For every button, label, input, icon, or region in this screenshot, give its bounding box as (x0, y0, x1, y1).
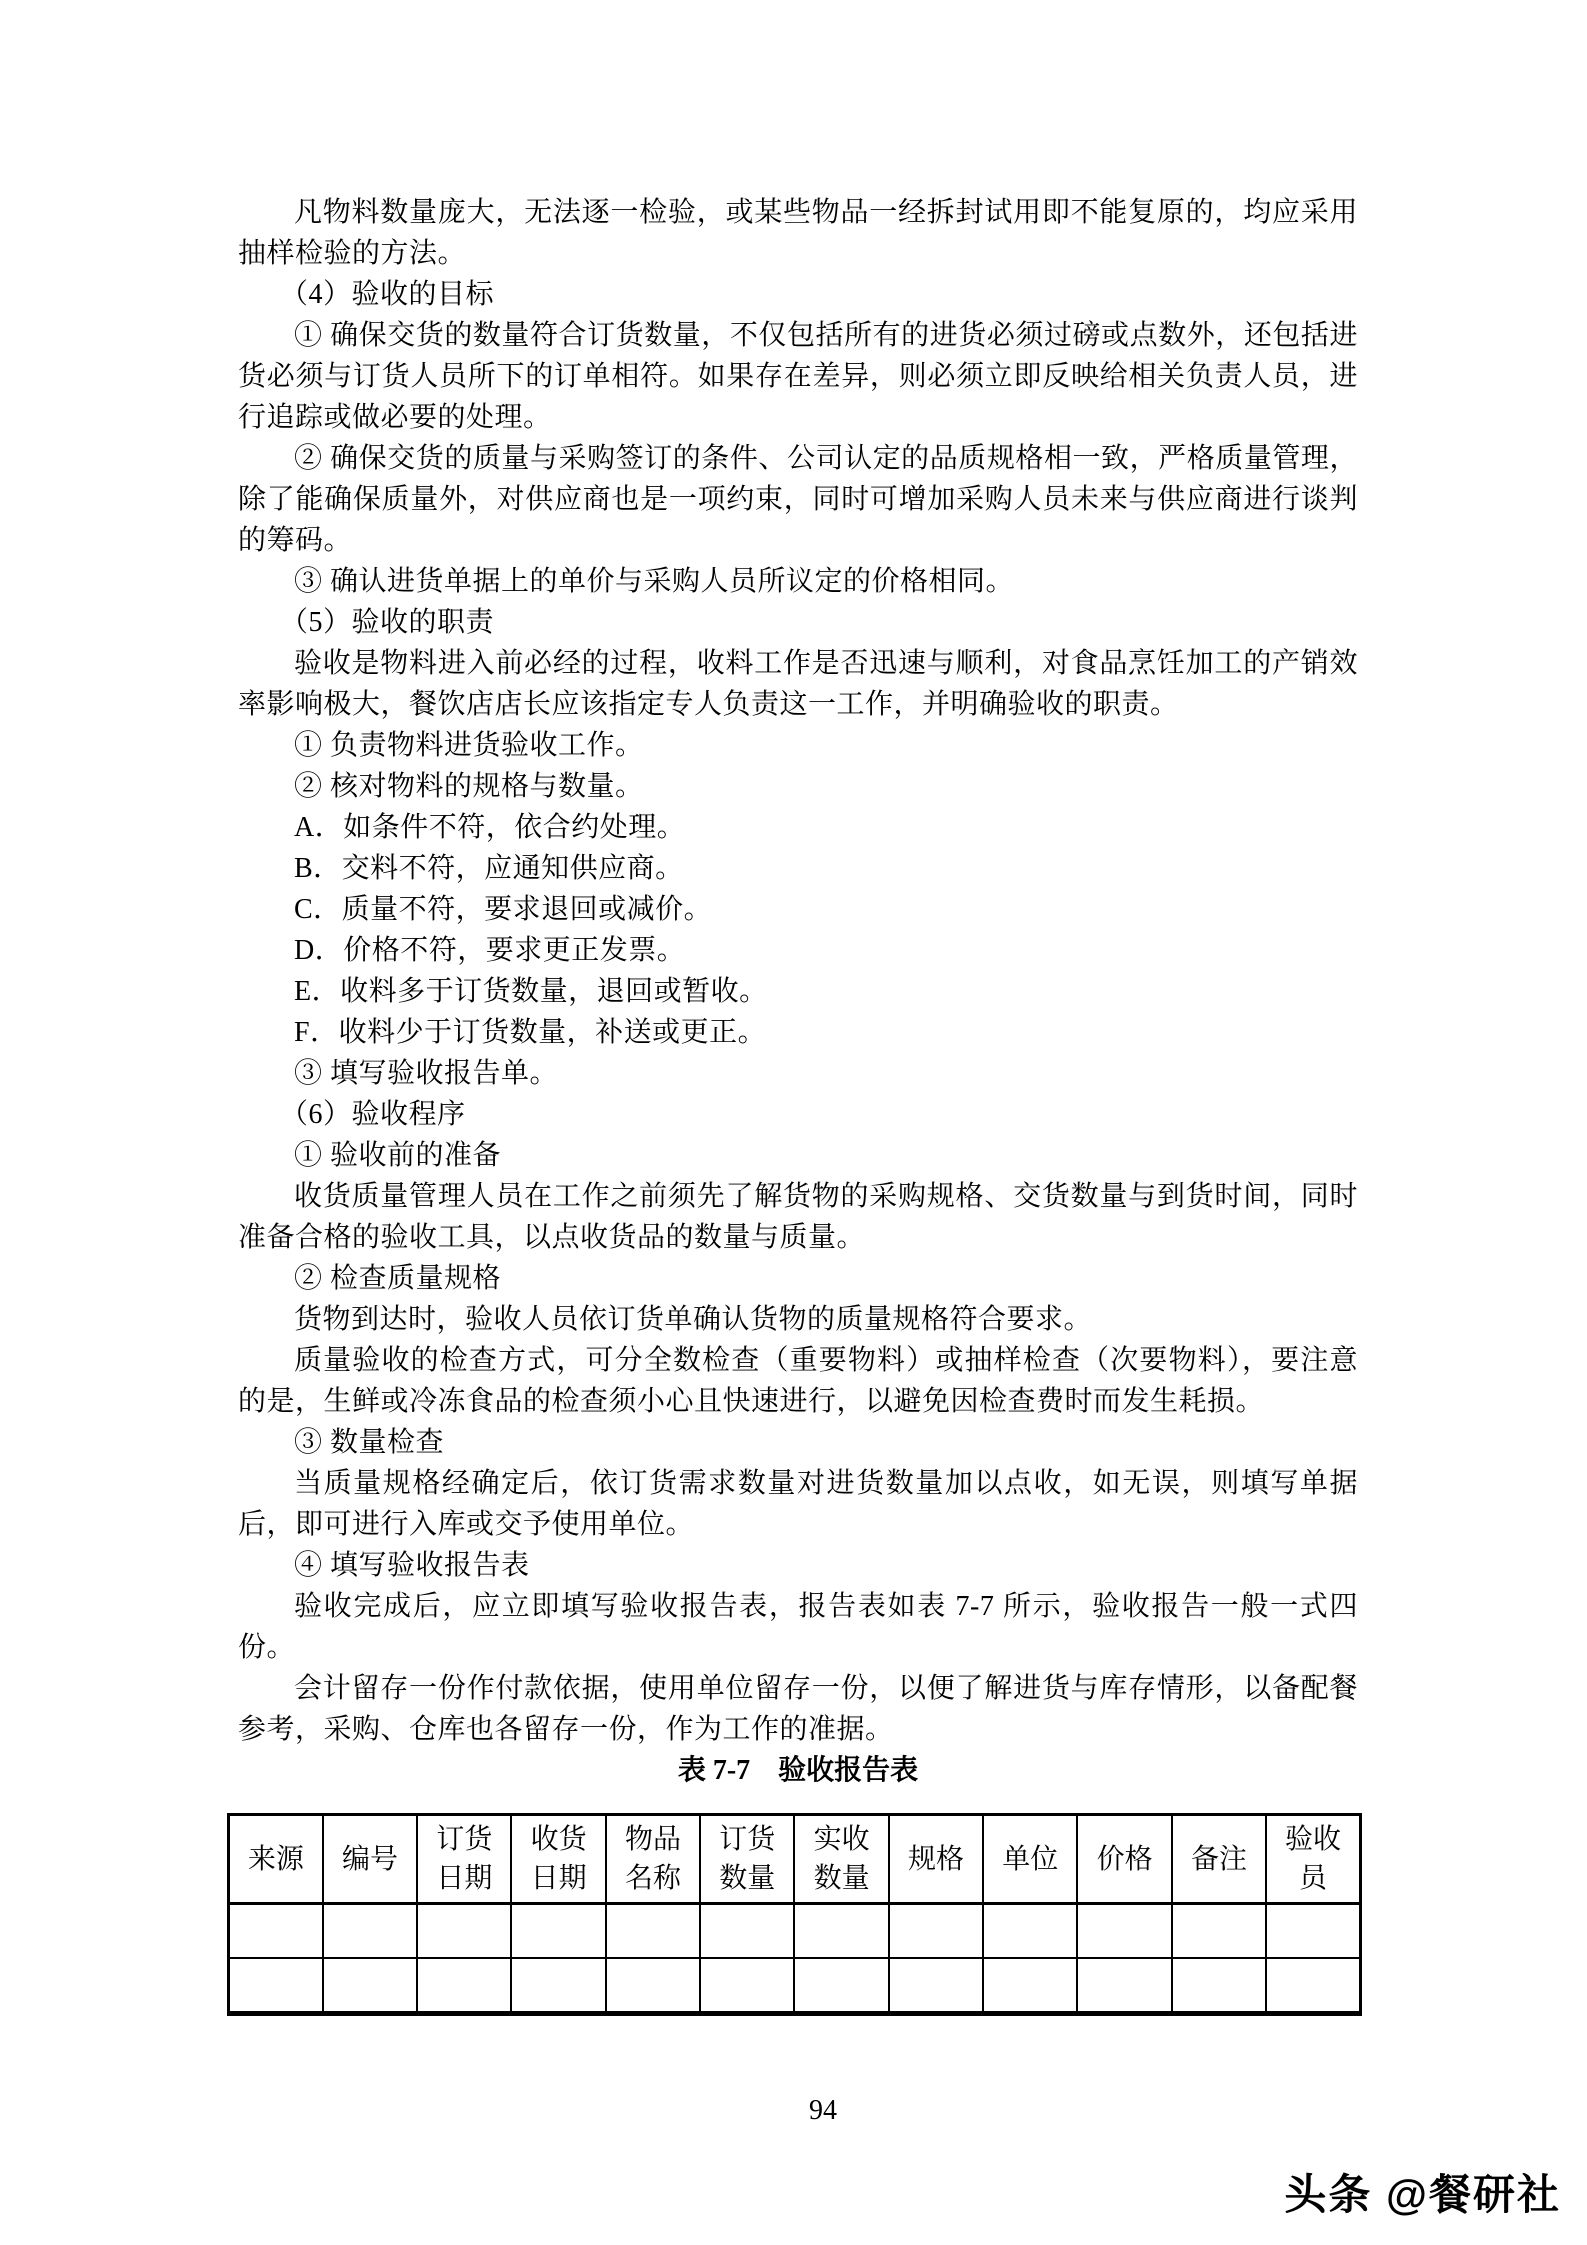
paragraph: 会计留存一份作付款依据，使用单位留存一份，以便了解进货与库存情形，以备配餐参考，… (238, 1668, 1358, 1750)
paragraph: 凡物料数量庞大，无法逐一检验，或某些物品一经拆封试用即不能复原的，均应采用抽样检… (238, 192, 1358, 274)
list-item: E．收料多于订货数量，退回或暂收。 (238, 971, 1358, 1012)
table-cell (889, 1958, 983, 2014)
table-cell (606, 1958, 700, 2014)
table-cell (417, 1958, 511, 2014)
document-page: 凡物料数量庞大，无法逐一检验，或某些物品一经拆封试用即不能复原的，均应采用抽样检… (0, 0, 1587, 2245)
table-cell (1266, 1904, 1360, 1959)
table-header-cell: 编号 (323, 1815, 417, 1904)
table-header-cell: 收货 日期 (511, 1815, 605, 1904)
table-header-cell: 订货 数量 (700, 1815, 794, 1904)
list-item: B．交料不符，应通知供应商。 (238, 848, 1358, 889)
table-cell (606, 1904, 700, 1959)
heading-5: （5）验收的职责 (238, 602, 1358, 643)
table-cell (229, 1958, 323, 2014)
list-item: A．如条件不符，依合约处理。 (238, 807, 1358, 848)
table-cell (889, 1904, 983, 1959)
paragraph: 当质量规格经确定后，依订货需求数量对进货数量加以点收，如无误，则填写单据后，即可… (238, 1463, 1358, 1545)
table-cell (1077, 1958, 1171, 2014)
watermark-text: 头条 @餐研社 (1284, 2162, 1561, 2222)
list-item: D．价格不符，要求更正发票。 (238, 930, 1358, 971)
list-item: ① 验收前的准备 (238, 1135, 1358, 1176)
table-cell (700, 1904, 794, 1959)
paragraph: ③ 确认进货单据上的单价与采购人员所议定的价格相同。 (238, 561, 1358, 602)
table-header-cell: 规格 (889, 1815, 983, 1904)
paragraph: 验收完成后，应立即填写验收报告表，报告表如表 7-7 所示，验收报告一般一式四份… (238, 1586, 1358, 1668)
table-caption: 表 7-7 验收报告表 (238, 1752, 1358, 1790)
table-header-cell: 验收 员 (1266, 1815, 1360, 1904)
list-item: ② 检查质量规格 (238, 1258, 1358, 1299)
paragraph: ② 确保交货的质量与采购签订的条件、公司认定的品质规格相一致，严格质量管理，除了… (238, 438, 1358, 561)
paragraph: 质量验收的检查方式，可分全数检查（重要物料）或抽样检查（次要物料），要注意的是，… (238, 1340, 1358, 1422)
list-item: C．质量不符，要求退回或减价。 (238, 889, 1358, 930)
table-row (229, 1958, 1361, 2014)
heading-4: （4）验收的目标 (238, 274, 1358, 315)
table-cell (1172, 1904, 1266, 1959)
table-header-cell: 订货 日期 (417, 1815, 511, 1904)
table-cell (1172, 1958, 1266, 2014)
heading-6: （6）验收程序 (238, 1094, 1358, 1135)
table-row (229, 1904, 1361, 1959)
table-header-row: 来源 编号 订货 日期 收货 日期 物品 名称 订货 数量 实收 数量 规格 单… (229, 1815, 1361, 1904)
table-header-cell: 实收 数量 (794, 1815, 888, 1904)
table-header-cell: 来源 (229, 1815, 323, 1904)
list-item: ③ 数量检查 (238, 1422, 1358, 1463)
table-cell (983, 1958, 1077, 2014)
paragraph: 货物到达时，验收人员依订货单确认货物的质量规格符合要求。 (238, 1299, 1358, 1340)
paragraph: 收货质量管理人员在工作之前须先了解货物的采购规格、交货数量与到货时间，同时准备合… (238, 1176, 1358, 1258)
page-number: 94 (238, 2094, 1408, 2128)
list-item: ② 核对物料的规格与数量。 (238, 766, 1358, 807)
list-item: ④ 填写验收报告表 (238, 1545, 1358, 1586)
table-cell (983, 1904, 1077, 1959)
table-cell (1266, 1958, 1360, 2014)
table-cell (511, 1958, 605, 2014)
paragraph: ① 确保交货的数量符合订货数量，不仅包括所有的进货必须过磅或点数外，还包括进货必… (238, 315, 1358, 438)
table-header-cell: 备注 (1172, 1815, 1266, 1904)
table-cell (511, 1904, 605, 1959)
table-cell (1077, 1904, 1171, 1959)
list-item: ① 负责物料进货验收工作。 (238, 725, 1358, 766)
table-cell (700, 1958, 794, 2014)
table-header-cell: 物品 名称 (606, 1815, 700, 1904)
body-text: 凡物料数量庞大，无法逐一检验，或某些物品一经拆封试用即不能复原的，均应采用抽样检… (238, 192, 1358, 1750)
table-header-cell: 价格 (1077, 1815, 1171, 1904)
acceptance-report-table: 来源 编号 订货 日期 收货 日期 物品 名称 订货 数量 实收 数量 规格 单… (227, 1813, 1362, 2016)
list-item: ③ 填写验收报告单。 (238, 1053, 1358, 1094)
table-cell (794, 1904, 888, 1959)
table-cell (323, 1904, 417, 1959)
table-cell (794, 1958, 888, 2014)
paragraph: 验收是物料进入前必经的过程，收料工作是否迅速与顺利，对食品烹饪加工的产销效率影响… (238, 643, 1358, 725)
table-cell (323, 1958, 417, 2014)
table-cell (417, 1904, 511, 1959)
list-item: F．收料少于订货数量，补送或更正。 (238, 1012, 1358, 1053)
table-cell (229, 1904, 323, 1959)
table-header-cell: 单位 (983, 1815, 1077, 1904)
